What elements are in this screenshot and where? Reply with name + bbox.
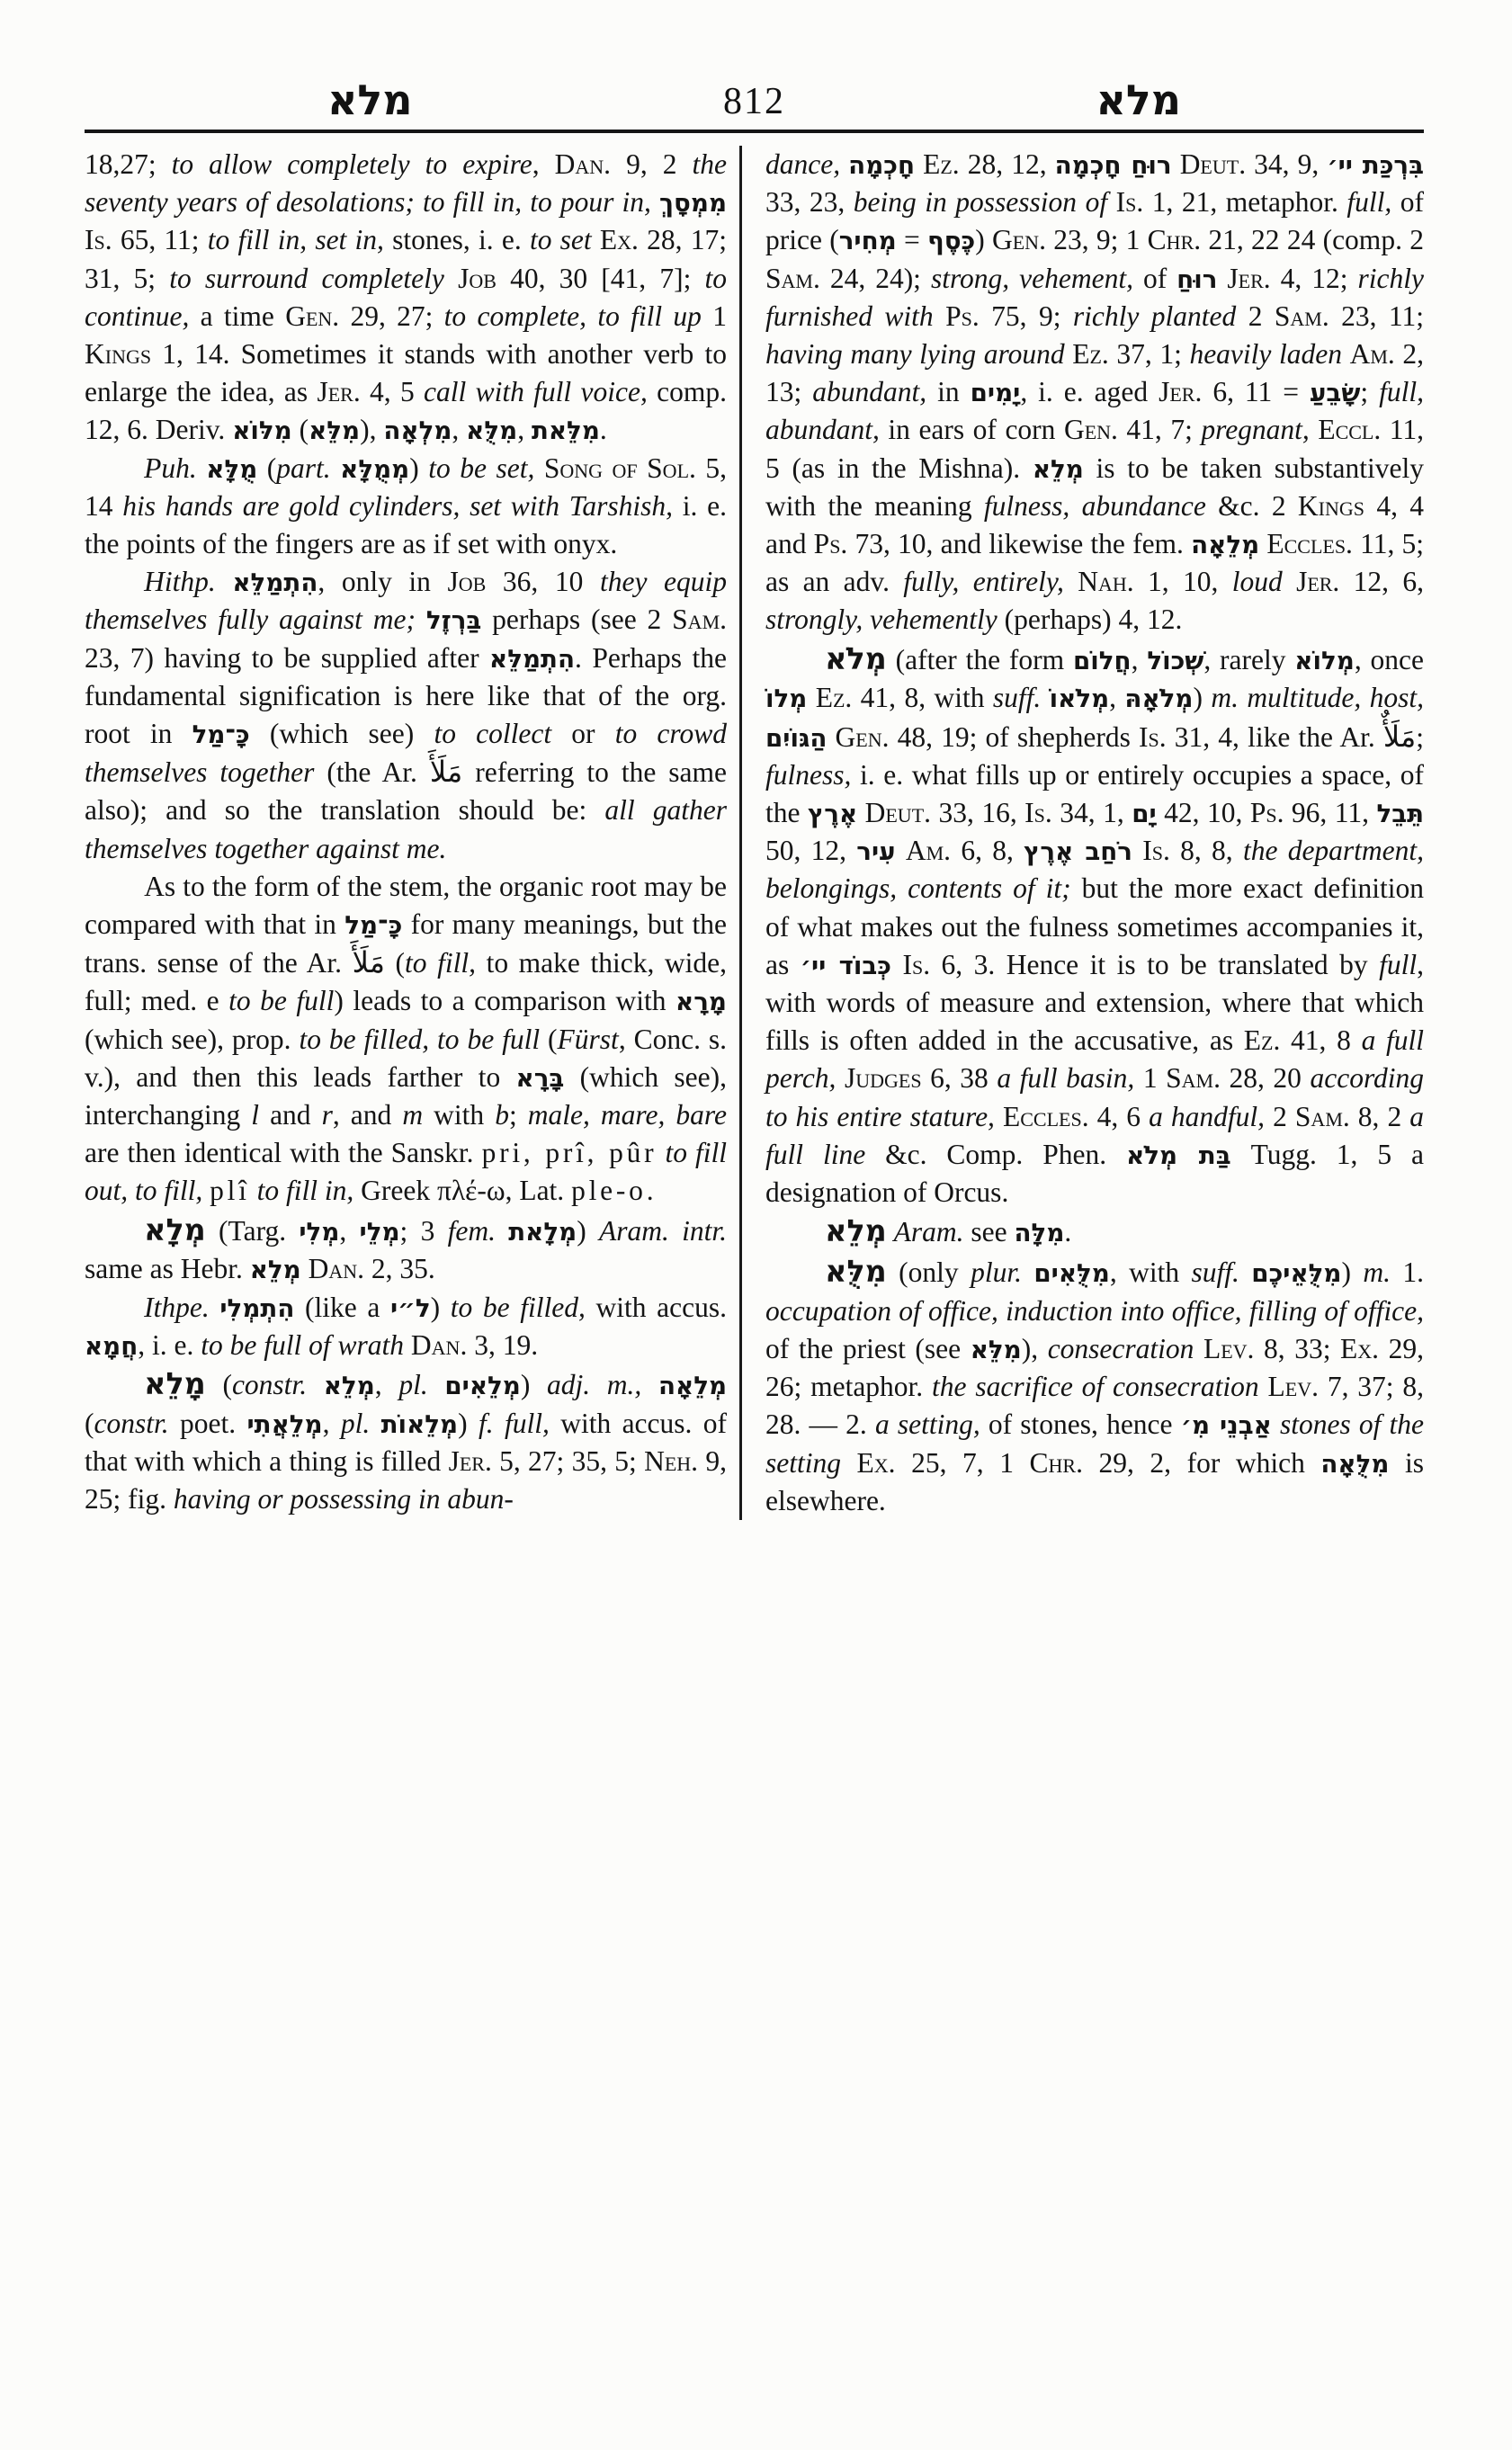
text-run: to be filled, to be full [299,1024,540,1055]
text-run: 1, 21, metaphor. [1143,186,1346,218]
text-run: Ex. [1340,1333,1379,1364]
text-run [496,1215,508,1247]
text-run [891,949,902,980]
text-run: Jer. [449,1445,492,1477]
two-column-body: 18,27; to allow completely to expire, Da… [85,146,1424,1520]
text-run: heavily laden [1189,338,1342,370]
paragraph: Hithp. הִתְמַלֵּא, only in Job 36, 10 th… [85,563,727,868]
text-run [444,263,458,294]
text-run: Job [458,263,497,294]
text-run: a time [189,300,285,332]
text-run: ) [521,1369,547,1400]
text-run: 96, 11, [1284,797,1376,828]
text-run [1342,338,1350,370]
text-run: with accus. [586,1292,727,1323]
text-run: מְלֵא [250,1255,301,1284]
text-run: ( [540,1024,557,1055]
text-run: of [1133,263,1176,294]
text-run: , [339,1215,359,1247]
text-run: consecration [1048,1333,1194,1364]
text-run: 28, 20 [1221,1062,1311,1094]
text-run: Sam. [1275,300,1329,332]
text-run: full, [1346,186,1391,218]
text-run [307,1369,324,1400]
text-run: , only in [318,566,447,597]
text-run: מְלֵאֲתִי [247,1409,323,1439]
text-run: הִתְמַלֵּא [489,644,575,674]
text-run: adj. m., [547,1369,641,1400]
text-run: ( [206,1369,232,1400]
text-run: מֻלָּא [206,454,257,484]
text-run: fully, entirely, [903,566,1064,597]
text-run [1310,414,1319,445]
text-run: Gen. [1064,414,1118,445]
text-run: Chr. [1030,1447,1083,1479]
text-run: or [551,718,615,749]
text-run: כֶּסֶף [927,226,975,255]
text-run: מִלֻּא [466,416,517,445]
text-run: Puh. [144,452,197,484]
text-run: 1, 10, [1134,566,1232,597]
text-run: 41, 8, with [852,682,993,713]
text-run: , and [333,1099,402,1131]
text-run: ל״י [390,1293,431,1323]
text-run: , rarely [1203,644,1294,675]
text-run: 18,27; [85,148,172,180]
paragraph: מְלָא (Targ. מְלִי, מְלֵי; 3 fem. מְלָאת… [85,1211,727,1289]
text-run: בַּרְזֶל [426,605,481,635]
text-run: 34, 9, [1246,148,1327,180]
text-run: Greek πλέ-ω, Lat. [353,1175,571,1206]
text-run: Jer. [1296,566,1339,597]
text-run [210,1292,220,1323]
text-run: Sam. [1166,1062,1221,1094]
text-run [896,835,906,866]
text-run: Is. [1142,835,1170,866]
text-run [887,1216,894,1247]
text-run: Aram. intr. [599,1215,727,1247]
text-run: ple-o [571,1175,647,1206]
paragraph: מִלֻּא (only plur. מִלֻּאִים, with suff.… [765,1252,1424,1520]
text-run: Ps. [1250,797,1284,828]
text-run: to collect [434,718,551,749]
text-run: the sacrifice of consecration [932,1371,1259,1402]
text-run: strong, vehement, [931,263,1133,294]
text-run: כְּבוֹד יי׳ [801,951,891,980]
text-run: 42, 10, [1157,797,1250,828]
text-run: ) [409,452,428,484]
text-run: 23, 11; [1329,300,1424,332]
text-run: מְלוֹא [1294,646,1355,675]
text-run: suff. [1192,1256,1239,1288]
text-run: (which see), prop. [85,1024,299,1055]
text-run: Jer. [1227,263,1270,294]
text-run: מְחִיר [839,226,897,255]
text-run: מְלֵאוֹת [381,1409,458,1439]
text-run: מִלֻּאִים [1033,1258,1109,1288]
text-run: constr. [94,1408,169,1439]
text-run: 4, 12; [1271,263,1358,294]
text-run: חָכְמָה [848,150,915,180]
text-run: מָלֵא [144,1366,206,1401]
paragraph: מְלֹא (after the form חֲלוֹם, שְׁכוֹל, r… [765,639,1424,1212]
text-run: מִלָּה [1015,1218,1065,1247]
text-run: מִלֵּא [309,416,360,445]
text-run: 29, 27; [339,300,444,332]
text-run: Ez. [1244,1024,1281,1056]
text-run [1065,338,1073,370]
text-run: , i. e. [138,1329,201,1361]
text-run: Sam. [672,604,727,635]
text-run [216,566,233,597]
text-run: to fill in, set in, [208,224,384,255]
text-run: Ithpe. [144,1292,210,1323]
text-run: 6, 38 [922,1062,998,1094]
text-run [857,797,864,828]
text-run: 34, 1, [1052,797,1132,828]
paragraph: Puh. מֻלָּא (part. מְמֻלָּא) to be set, … [85,450,727,564]
text-run: אֶרֶץ [808,799,857,828]
text-run [1132,835,1142,866]
text-run: חֲמָא [85,1331,138,1361]
text-run: a setting, [875,1408,980,1440]
text-run: to allow completely to expire [172,148,532,180]
text-run: (after the form [887,644,1073,675]
text-run [1064,566,1078,597]
text-run: 9, 2 [611,148,692,180]
text-run: 50, 12, [765,835,856,866]
text-run: Is. [85,224,112,255]
text-run: 1 [1134,1062,1166,1094]
text-run: Lev. [1203,1333,1254,1364]
text-run: Eccles. [1003,1101,1089,1132]
text-run: Is. [1139,721,1167,753]
text-run: . [647,1175,654,1206]
text-run: ) leads to a comparison with [334,985,675,1016]
text-run: m. [1363,1256,1391,1288]
text-run: יָם [1132,799,1156,828]
text-run: שְׁכוֹל [1147,646,1203,675]
text-run: مَلَأَ [353,945,385,979]
text-run: 65, 11; [112,224,208,255]
text-run: pl. [341,1408,370,1439]
text-run: 6, 3. Hence it is to be translated by [930,949,1379,980]
text-run: מִלֵּאת [532,416,600,445]
text-run: Neh. [644,1445,698,1477]
text-run: מְלוֹ [765,684,807,713]
text-run: Deut. [865,797,931,828]
text-run: 4, 5 [361,376,424,407]
text-run: strongly, vehemently [765,604,998,635]
text-run: and [259,1099,322,1131]
text-run: 2 [1236,300,1275,332]
text-run: see [964,1216,1015,1247]
text-run [1041,682,1049,713]
text-run: , i. e. aged [1020,376,1159,407]
text-run: r [322,1099,333,1131]
text-run: , [532,148,555,180]
text-run: to fill in, [257,1175,354,1206]
text-run: occupation of office, induction into off… [765,1295,1424,1327]
text-run [534,452,544,484]
text-run: loud [1232,566,1283,597]
paragraph: As to the form of the stem, the organic … [85,868,727,1211]
text-run: in [926,376,970,407]
text-run: 33, 16, [931,797,1024,828]
text-run: plur. [971,1256,1022,1288]
text-run: מִלּוֹא [232,416,292,445]
text-run: 1. [1391,1256,1424,1288]
text-run: (like a [294,1292,390,1323]
text-run: ; 3 [400,1215,448,1247]
text-run: = [897,224,927,255]
text-run [1239,1256,1251,1288]
text-run: 25, 7, 1 [896,1447,1030,1479]
text-run: 2 [1265,1101,1295,1132]
text-run: Gen. [285,300,339,332]
text-run: ) [577,1215,599,1247]
text-run: Is. [902,949,930,980]
text-run: מִלֻּאֵיכֶם [1251,1258,1341,1288]
text-run: Dan. [555,148,611,180]
page-number: 812 [656,83,854,121]
text-run: כָּ־מַל [344,910,402,940]
text-run: Judges [845,1062,922,1094]
text-run [807,682,815,713]
text-run: 24, 24); [820,263,931,294]
text-run: pl. [398,1369,427,1400]
text-run: מְלֹאוֹ [1050,684,1110,713]
text-run [301,1253,309,1284]
text-run: , [1132,644,1148,675]
text-run: בָּרָא [516,1063,565,1093]
text-run: 3, 19. [467,1329,538,1361]
text-run: ) [1341,1256,1363,1288]
text-run: הִתְמַלֵּא [232,568,318,597]
text-run: to complete, to fill up [444,300,702,332]
text-run: (which see) [250,718,434,749]
text-run: suff. [993,682,1041,713]
text-run: Ps. [814,528,848,559]
text-run: Ez. [923,148,960,180]
text-run: 28, 12, [960,148,1055,180]
text-run: m [402,1099,423,1131]
text-run [1272,1408,1280,1440]
text-run: ) [458,1408,479,1439]
text-run [250,1175,257,1206]
text-run [1022,1256,1033,1288]
text-run [592,224,600,255]
text-run: to surround completely [169,263,444,294]
text-run: Eccles. [1266,528,1353,559]
header-rule [85,130,1424,133]
text-run: b [495,1099,509,1131]
text-run: 2, 35. [364,1253,435,1284]
text-run: מִלֵּא [971,1335,1022,1364]
text-run: , [1109,682,1124,713]
text-run: מְלָא [144,1212,206,1247]
text-run: שָׂבֵעַ [1310,378,1360,407]
text-run: richly planted [1073,300,1236,332]
text-run: Fürst [558,1024,619,1055]
text-run: 41, 8 [1280,1024,1361,1056]
text-run [915,148,923,180]
text-run: 5, 27; 35, 5; [492,1445,644,1477]
text-run: ) [975,224,992,255]
text-run [651,186,659,218]
text-run: הַגּוֹיִם [765,723,827,753]
text-run: Ex. [600,224,639,255]
text-run: מְלִי [299,1217,339,1247]
text-run: having or possessing in abun- [174,1483,514,1515]
text-run: a full basin, [997,1062,1134,1094]
text-run: stones, i. e. [384,224,530,255]
text-run: מְלֵא [825,1213,887,1248]
text-run: ; [509,1099,528,1131]
text-run: . [1064,1216,1071,1247]
text-run [641,1369,658,1400]
text-run: a handful, [1149,1101,1265,1132]
text-run: f. full, [479,1408,550,1439]
text-run: Aram. [894,1216,964,1247]
text-run: 6, 8, [951,835,1024,866]
text-run: Job [448,566,487,597]
text-run [841,1447,857,1479]
text-run [827,721,835,753]
paragraph: מָלֵא (constr. מְלֵא, pl. מְלֵאִים) adj.… [85,1364,727,1518]
text-run: pregnant, [1201,414,1309,445]
page-header: מלא 812 מלא [85,79,1424,121]
text-run [836,1062,845,1094]
text-run: ), [360,414,383,445]
right-column: dance, חָכְמָה Ez. 28, 12, רוּחַ חָכְמָה… [742,146,1424,1520]
text-run [1283,566,1296,597]
text-run: with [423,1099,495,1131]
text-run [370,1408,380,1439]
text-run: &c. 2 [1206,490,1298,522]
text-run: Gen. [992,224,1046,255]
text-run: Am. [1350,338,1395,370]
text-run: Gen. [836,721,890,753]
text-run: כָּ־מַל [192,720,250,749]
text-run [331,452,341,484]
text-run: מְלָאת [508,1217,577,1247]
text-run: are then identical with the Sanskr. [85,1137,482,1168]
text-run: ) [431,1292,451,1323]
text-run: poet. [169,1408,247,1439]
text-run: ( [385,947,405,979]
text-run: , once [1355,644,1424,675]
text-run: ( [292,414,309,445]
text-run: Is. [1116,186,1144,218]
text-run [202,1175,210,1206]
text-run: call with full voice, [424,376,648,407]
text-run: מְלֹאָהּ [1124,684,1193,713]
text-run: מְלֵאָה [1191,530,1259,559]
text-run: part. [276,452,330,484]
scanned-dictionary-page: מלא 812 מלא 18,27; to allow completely t… [0,0,1512,2450]
text-run: Jer. [317,376,360,407]
text-run: Hithp. [144,566,216,597]
text-run: to be set, [428,452,534,484]
text-run: Eccl. [1318,414,1381,445]
text-run: מְלֵי [360,1217,400,1247]
text-run: 33, 23, [765,186,854,218]
text-run: (only [887,1256,971,1288]
text-run: ( [85,1408,94,1439]
text-run: to be full of wrath [201,1329,404,1361]
text-run [934,300,945,332]
text-run: מְלֵאָה [658,1371,727,1400]
text-run: רֹחַב אֶרֶץ [1024,836,1132,866]
text-run: ), [1022,1333,1048,1364]
text-run: Ps. [945,300,980,332]
running-head-right-hebrew: מלא [854,79,1425,121]
text-run: perhaps (see 2 [481,604,672,635]
text-run: being in possession of [854,186,1107,218]
text-run: Lev. [1268,1371,1319,1402]
text-run [1172,148,1180,180]
text-run: fulness, [765,759,851,791]
text-run: 31, 4, like the Ar. [1167,721,1383,753]
text-run [995,1101,1003,1132]
text-run: plî [210,1175,250,1206]
text-run: 8, 33; [1254,1333,1340,1364]
text-run: &c. Comp. Phen. [865,1139,1126,1170]
text-run: Ex. [857,1447,896,1479]
paragraph: 18,27; to allow completely to expire, Da… [85,146,727,450]
text-run: רוּחַ [1176,264,1217,294]
text-run: fem. [448,1215,496,1247]
text-run: مَلَأٌ [1383,720,1416,754]
text-run: Deut. [1180,148,1246,180]
text-run: Ez. [1072,338,1109,370]
text-run: Dan. [411,1329,467,1361]
text-run: Sam. [765,263,820,294]
text-run: (Targ. [206,1215,300,1247]
text-run: male, mare, bare [528,1099,727,1131]
text-run [1107,186,1116,218]
text-run [404,1329,411,1361]
text-run: to set [530,224,592,255]
text-run: 6, 11 = [1202,376,1310,407]
text-run: , [375,1369,399,1400]
text-run: Jer. [1159,376,1202,407]
text-run: full [1379,949,1417,980]
paragraph: dance, חָכְמָה Ez. 28, 12, רוּחַ חָכְמָה… [765,146,1424,639]
text-run: constr. [232,1369,307,1400]
running-head-left-hebrew: מלא [85,79,656,121]
text-run: (the Ar. [314,756,430,788]
text-run: Nah. [1078,566,1133,597]
text-run: בַּת מְלֹא [1126,1140,1231,1170]
text-run: חֲלוֹם [1073,646,1132,675]
text-run: ( [257,452,276,484]
text-run: Kings [85,338,151,370]
text-run: Chr. [1148,224,1201,255]
text-run: מְמֻלָּא [340,454,409,484]
text-run: , with [1110,1256,1192,1288]
text-run [197,452,207,484]
text-run: הִתְמְלִי [219,1293,294,1323]
text-run: מְלֵא [324,1371,375,1400]
text-run: 12, 6, [1339,566,1424,597]
text-run: 37, 1; [1109,338,1190,370]
text-run: בִּרְכַּת יי׳ [1327,150,1424,180]
text-run: pri, prî, pûr [482,1137,658,1168]
text-run: Am. [906,835,951,866]
text-run: Kings [1298,490,1364,522]
